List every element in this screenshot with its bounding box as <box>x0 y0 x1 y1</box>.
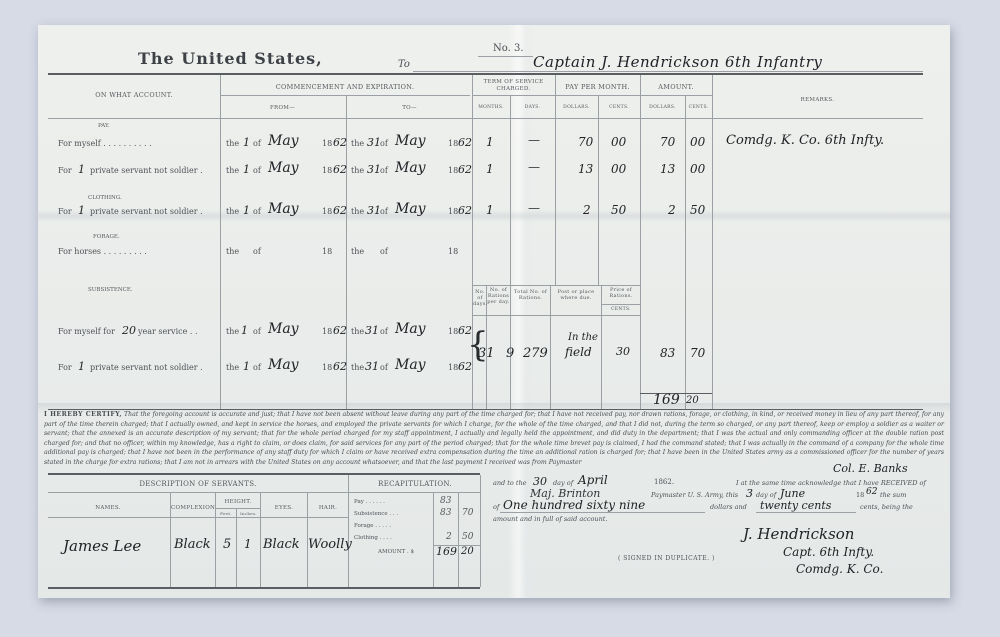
from-of: of <box>253 166 261 175</box>
servants-header-hair: HAIR. <box>308 505 348 511</box>
header-amount-dollars: DOLLARS. <box>640 105 685 110</box>
paymaster-us-army-label: Paymaster U. S. Army, this <box>651 491 738 499</box>
from-century: 18 <box>322 327 332 336</box>
recap-title: RECAPITULATION. <box>350 480 480 488</box>
to-day: 31 <box>365 360 379 373</box>
and-to-the-label: and to the <box>493 479 527 487</box>
rations-header-per-day: No. of Rations per day. <box>487 287 510 305</box>
acknowledge-text: I at the same time acknowledge that I ha… <box>736 479 926 487</box>
to-the: the <box>351 363 364 372</box>
from-month: May <box>268 357 299 373</box>
header-on-what-account: ON WHAT ACCOUNT. <box>48 91 220 99</box>
rations-post-line2: field <box>565 345 592 359</box>
pay-cents-value: 50 <box>611 203 626 217</box>
to-the: the <box>351 247 364 256</box>
from-century: 18 <box>322 207 332 216</box>
amount-dollars-value: 2 <box>668 203 676 217</box>
amount-dollars-value: 13 <box>660 162 675 176</box>
rations-top-rule <box>472 285 640 286</box>
servants-title-rule <box>48 492 348 493</box>
commencement-subrule <box>220 95 470 96</box>
servant-eyes: Black <box>263 537 300 552</box>
header-remarks: REMARKS. <box>712 97 923 103</box>
from-of: of <box>253 247 261 256</box>
to-month: May <box>395 160 426 176</box>
days-value: — <box>528 160 540 174</box>
recap-amount-dollars: 169 <box>436 545 457 558</box>
row-account-label: private servant not soldier . <box>90 207 203 216</box>
header-top-rule <box>48 73 923 75</box>
paymaster-name: Col. E. Banks <box>833 462 908 475</box>
row-account-prefix: For <box>58 166 72 175</box>
servant-complexion: Black <box>174 537 211 552</box>
from-century: 18 <box>322 363 332 372</box>
from-the: the <box>226 207 239 216</box>
days-value: — <box>528 133 540 147</box>
money-subrule <box>472 95 712 96</box>
servants-bottom-rule <box>48 587 480 589</box>
to-century: 18 <box>448 139 458 148</box>
from-day: 1 <box>243 136 250 149</box>
rations-header-rule <box>472 315 640 316</box>
to-century: 18 <box>448 247 458 256</box>
from-century: 18 <box>322 166 332 175</box>
pay-cents-value: 00 <box>611 162 626 176</box>
header-pay-cents: CENTS. <box>598 105 640 110</box>
rations-post-line1: In the <box>568 332 598 343</box>
to-month: May <box>395 321 426 337</box>
servants-header-eyes: EYES. <box>261 505 307 511</box>
pay-voucher-document: The United States, To No. 3. Captain J. … <box>38 25 950 598</box>
to-day: 31 <box>367 163 381 176</box>
from-month: May <box>268 201 299 217</box>
to-year: 62 <box>458 163 472 176</box>
recap-amount-label: AMOUNT . $ <box>378 549 414 555</box>
to-the: the <box>351 207 364 216</box>
rations-per-day-value: 9 <box>506 346 514 361</box>
row-account-label: For horses . . . . . . . . . <box>58 247 147 256</box>
rations-price-value: 30 <box>616 345 630 358</box>
recap-label-pay: Pay . . . . . . <box>354 499 385 505</box>
rations-amount-cents: 70 <box>690 346 705 360</box>
rations-days-value: 31 <box>478 346 495 361</box>
sum-underline <box>500 512 705 513</box>
from-the: the <box>226 363 239 372</box>
signed-in-duplicate: ( SIGNED IN DUPLICATE. ) <box>618 555 715 562</box>
received-day: 3 <box>746 487 753 500</box>
to-month: May <box>395 357 426 373</box>
pay-cents-value: 00 <box>611 135 626 149</box>
from-century: 18 <box>322 139 332 148</box>
from-the: the <box>226 166 239 175</box>
recap-clothing-cents: 50 <box>462 532 473 542</box>
recap-subsistence-cents: 70 <box>462 508 473 518</box>
to-year: 62 <box>458 136 472 149</box>
cents-in-words: twenty cents <box>760 499 831 512</box>
from-day: 1 <box>243 204 250 217</box>
col-line-amount-dollars <box>685 95 686 410</box>
servants-header-inches: Inches. <box>237 511 260 516</box>
from-of: of <box>253 363 261 372</box>
height-subrule <box>216 508 260 509</box>
to-century: 18 <box>448 363 458 372</box>
from-month: May <box>268 321 299 337</box>
to-century: 18 <box>448 327 458 336</box>
last-payment-year: 1862. <box>654 478 674 486</box>
total-cents: 20 <box>686 395 699 406</box>
recap-right-border <box>480 475 481 587</box>
days-value: — <box>528 201 540 215</box>
to-century: 18 <box>448 207 458 216</box>
rations-price-subrule <box>601 304 640 305</box>
from-month: May <box>268 133 299 149</box>
months-value: 1 <box>486 162 494 176</box>
servants-header-rule <box>48 517 348 518</box>
day-of-label: day of <box>553 479 573 487</box>
servants-header-complexion: COMPLEXION <box>171 505 215 511</box>
months-value: 1 <box>486 203 494 217</box>
amount-in-full-label: amount and in full of said account. <box>493 515 607 523</box>
recap-pay-dollars: 83 <box>440 496 451 506</box>
from-the: the <box>226 327 239 336</box>
certification-text: That the foregoing account is accurate a… <box>44 411 944 466</box>
remarks-value: Comdg. K. Co. 6th Infty. <box>726 133 884 148</box>
from-day: 1 <box>243 360 250 373</box>
months-value: 1 <box>486 135 494 149</box>
header-months: MONTHS. <box>472 105 510 110</box>
header-term-of-service: TERM OF SERVICE CHARGED. <box>472 79 555 93</box>
certification-lead: I HEREBY CERTIFY, <box>44 411 122 418</box>
servant-hair: Woolly <box>308 537 352 552</box>
row-account-prefix: For myself for <box>58 327 115 336</box>
amount-cents-value: 50 <box>690 203 705 217</box>
recap-label-subsistence: Subsistence . . . <box>354 511 398 517</box>
col-line-months <box>510 95 511 285</box>
row-account-count: 1 <box>78 360 85 373</box>
from-century: 18 <box>322 247 332 256</box>
header-amount: AMOUNT. <box>640 83 712 91</box>
header-from: FROM— <box>220 105 345 111</box>
servants-col-inches <box>236 508 237 587</box>
number-underline <box>478 56 533 57</box>
header-bottom-rule <box>48 118 923 119</box>
from-of: of <box>253 327 261 336</box>
to-of: of <box>380 207 388 216</box>
header-to: TO— <box>347 105 472 111</box>
from-day: 1 <box>241 324 248 337</box>
header-days: DAYS. <box>510 105 555 110</box>
voucher-number: No. 3. <box>493 43 524 54</box>
to-day: 31 <box>367 204 381 217</box>
pay-dollars-value: 13 <box>578 162 593 176</box>
signature-rank: Capt. 6th Infty. <box>783 545 874 559</box>
cents-underline <box>756 512 856 513</box>
from-year: 62 <box>333 163 347 176</box>
recap-subsistence-dollars: 83 <box>440 508 451 518</box>
row-account-label: private servant not soldier . <box>90 166 203 175</box>
cents-being-label: cents, being the <box>860 503 913 511</box>
document-title: The United States, <box>138 49 323 68</box>
from-day: 1 <box>243 163 250 176</box>
from-year: 62 <box>333 204 347 217</box>
to-century: 18 <box>448 166 458 175</box>
from-the: the <box>226 139 239 148</box>
the-sum-label: the sum <box>880 491 906 499</box>
rations-col-total <box>550 285 551 410</box>
to-year: 62 <box>458 204 472 217</box>
from-year: 62 <box>333 360 347 373</box>
rations-total-value: 279 <box>523 346 548 361</box>
to-label: To <box>398 59 410 70</box>
servants-col-height <box>215 492 216 587</box>
header-pay-dollars: DOLLARS. <box>555 105 598 110</box>
rations-header-cents: CENTS. <box>602 307 640 312</box>
of-label: of <box>493 503 499 511</box>
row-account-label: private servant not soldier . <box>90 363 203 372</box>
row-account-count: 1 <box>78 204 85 217</box>
last-payment-month: April <box>578 473 608 487</box>
servants-top-rule <box>48 473 480 475</box>
row-account-count: 20 <box>122 324 136 337</box>
from-of: of <box>253 207 261 216</box>
section-subsistence: SUBSISTENCE. <box>88 287 133 293</box>
total-dollars: 169 <box>653 392 680 408</box>
recap-label-forage: Forage . . . . . <box>354 523 391 529</box>
received-year-prefix: 18 <box>856 491 864 499</box>
header-commencement: COMMENCEMENT AND EXPIRATION. <box>220 83 470 91</box>
recap-clothing-dollars: 2 <box>446 532 452 542</box>
payee-name: Captain J. Hendrickson 6th Infantry <box>533 53 822 71</box>
certification-block: I HEREBY CERTIFY, That the foregoing acc… <box>44 410 944 467</box>
to-of: of <box>380 363 388 372</box>
to-day: 31 <box>365 324 379 337</box>
header-amount-cents: CENTS. <box>685 105 712 110</box>
col-line-pay-cents <box>640 75 641 410</box>
dollars-and-label: dollars and <box>710 503 747 511</box>
recap-col-cents <box>458 492 459 587</box>
pay-dollars-value: 2 <box>583 203 591 217</box>
amount-cents-value: 00 <box>690 162 705 176</box>
col-line-days <box>555 75 556 285</box>
rations-header-post: Post or place where due. <box>551 289 601 301</box>
row-account-prefix: For <box>58 207 72 216</box>
payee-underline <box>413 71 923 72</box>
section-pay: PAY. <box>98 123 110 129</box>
recap-col-dollars <box>433 492 434 587</box>
recap-title-rule <box>348 492 480 493</box>
section-forage: FORAGE. <box>93 234 120 240</box>
to-the: the <box>351 327 364 336</box>
to-of: of <box>380 327 388 336</box>
col-line-account <box>220 75 221 410</box>
servants-header-names: NAMES. <box>48 505 168 511</box>
servant-feet: 5 <box>223 537 231 552</box>
row-account-prefix: For <box>58 363 72 372</box>
row-account-label: For myself . . . . . . . . . . <box>58 139 152 148</box>
recap-amount-cents: 20 <box>461 546 474 557</box>
from-year: 62 <box>333 136 347 149</box>
section-clothing: CLOTHING. <box>88 195 122 201</box>
rations-header-total: Total No. of Rations. <box>511 289 550 301</box>
rations-amount-dollars: 83 <box>660 346 675 360</box>
servants-header-height: HEIGHT. <box>216 499 260 505</box>
signature-command: Comdg. K. Co. <box>796 562 883 576</box>
pay-dollars-value: 70 <box>578 135 593 149</box>
to-month: May <box>395 133 426 149</box>
recap-label-clothing: Clothing . . . . <box>354 535 392 541</box>
col-line-amount-cents <box>712 75 713 410</box>
servant-inches: 1 <box>244 537 252 551</box>
header-pay-per-month: PAY PER MONTH. <box>555 83 640 91</box>
to-of: of <box>380 247 388 256</box>
servant-name: James Lee <box>63 537 141 555</box>
to-of: of <box>380 139 388 148</box>
rations-header-price: Price of Rations. <box>602 287 640 299</box>
sum-in-words: One hundred sixty nine <box>503 498 645 512</box>
row-account-count: 1 <box>78 163 85 176</box>
to-the: the <box>351 166 364 175</box>
col-line-pay-dollars <box>598 95 599 285</box>
to-month: May <box>395 201 426 217</box>
to-of: of <box>380 166 388 175</box>
to-the: the <box>351 139 364 148</box>
servants-title: DESCRIPTION OF SERVANTS. <box>48 480 348 488</box>
signature-name: J. Hendrickson <box>743 525 854 543</box>
from-month: May <box>268 160 299 176</box>
amount-cents-value: 00 <box>690 135 705 149</box>
servants-header-feet: Feet. <box>216 511 236 516</box>
from-year: 62 <box>333 324 347 337</box>
to-day: 31 <box>367 136 381 149</box>
received-year: 62 <box>866 487 877 497</box>
from-of: of <box>253 139 261 148</box>
row-account-label: year service . . <box>138 327 198 336</box>
rations-header-days: No. of days. <box>473 289 487 307</box>
received-day-of-label: day of <box>756 491 776 499</box>
amount-dollars-value: 70 <box>660 135 675 149</box>
from-the: the <box>226 247 239 256</box>
